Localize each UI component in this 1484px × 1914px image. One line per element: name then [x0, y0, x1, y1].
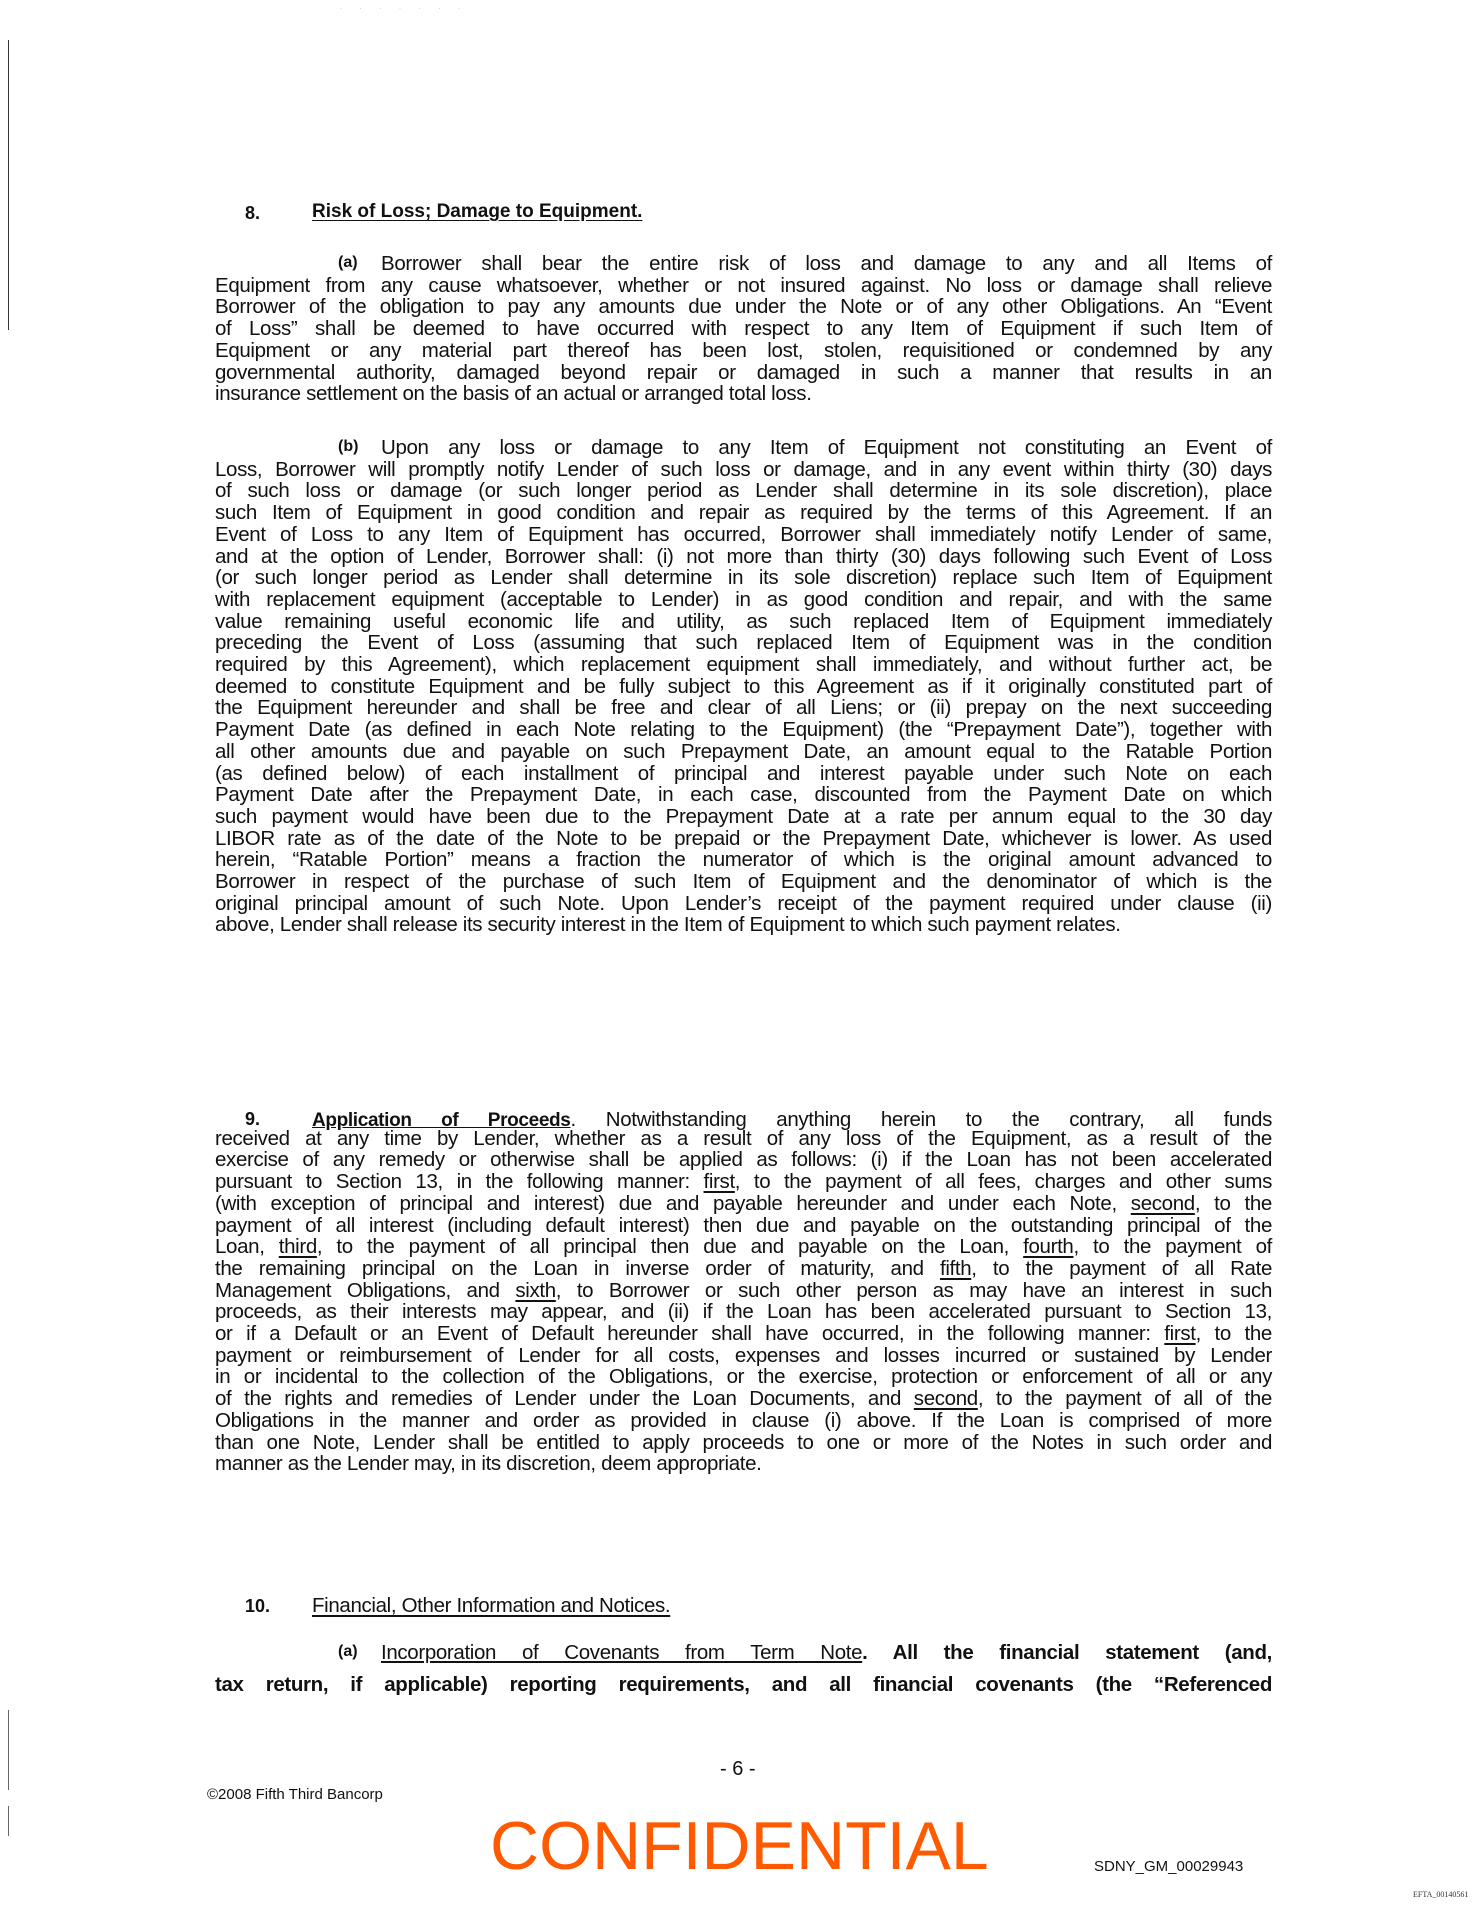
- section-8-number: 8.: [245, 203, 260, 224]
- scan-margin-line: [8, 1806, 9, 1836]
- scan-margin-line: [8, 1710, 9, 1790]
- efta-number: EFTA_00140561: [1413, 1890, 1468, 1899]
- section-8-title: Risk of Loss; Damage to Equipment.: [312, 201, 642, 223]
- scan-margin-line: [8, 40, 9, 330]
- bates-number: SDNY_GM_00029943: [1094, 1858, 1243, 1875]
- copyright-footer: ©2008 Fifth Third Bancorp: [207, 1786, 383, 1803]
- emphasized-term: first: [704, 1170, 735, 1193]
- emphasized-term: third: [279, 1235, 317, 1258]
- scan-artifact-dots: · · · · · · ·: [340, 6, 468, 12]
- subsection-10a-label: (a): [338, 1643, 358, 1661]
- confidential-stamp: CONFIDENTIAL: [490, 1812, 989, 1880]
- section-10-title: Financial, Other Information and Notices…: [312, 1593, 670, 1619]
- subsection-10a-first-line: Incorporation of Covenants from Term Not…: [381, 1640, 1272, 1666]
- emphasized-term: second: [1131, 1192, 1195, 1215]
- body-text-line: insurance settlement on the basis of an …: [215, 381, 1272, 407]
- body-text-line: above, Lender shall release its security…: [215, 912, 1272, 938]
- emphasized-term: first: [1164, 1322, 1195, 1345]
- emphasized-term: fourth: [1023, 1235, 1073, 1258]
- emphasized-term: fifth: [940, 1257, 971, 1280]
- subsection-b-label: (b): [338, 438, 358, 456]
- subsection-10a-title: Incorporation of Covenants from Term Not…: [381, 1641, 862, 1664]
- body-text-line: tax return, if applicable) reporting req…: [215, 1672, 1272, 1698]
- body-text-line: manner as the Lender may, in its discret…: [215, 1451, 1272, 1477]
- subsection-a-label: (a): [338, 254, 358, 272]
- page-number: - 6 -: [720, 1758, 756, 1781]
- emphasized-term: second: [914, 1387, 978, 1410]
- section-10-title-text: Financial, Other Information and Notices…: [312, 1594, 670, 1617]
- section-10-number: 10.: [245, 1596, 270, 1617]
- emphasized-term: sixth: [515, 1279, 555, 1302]
